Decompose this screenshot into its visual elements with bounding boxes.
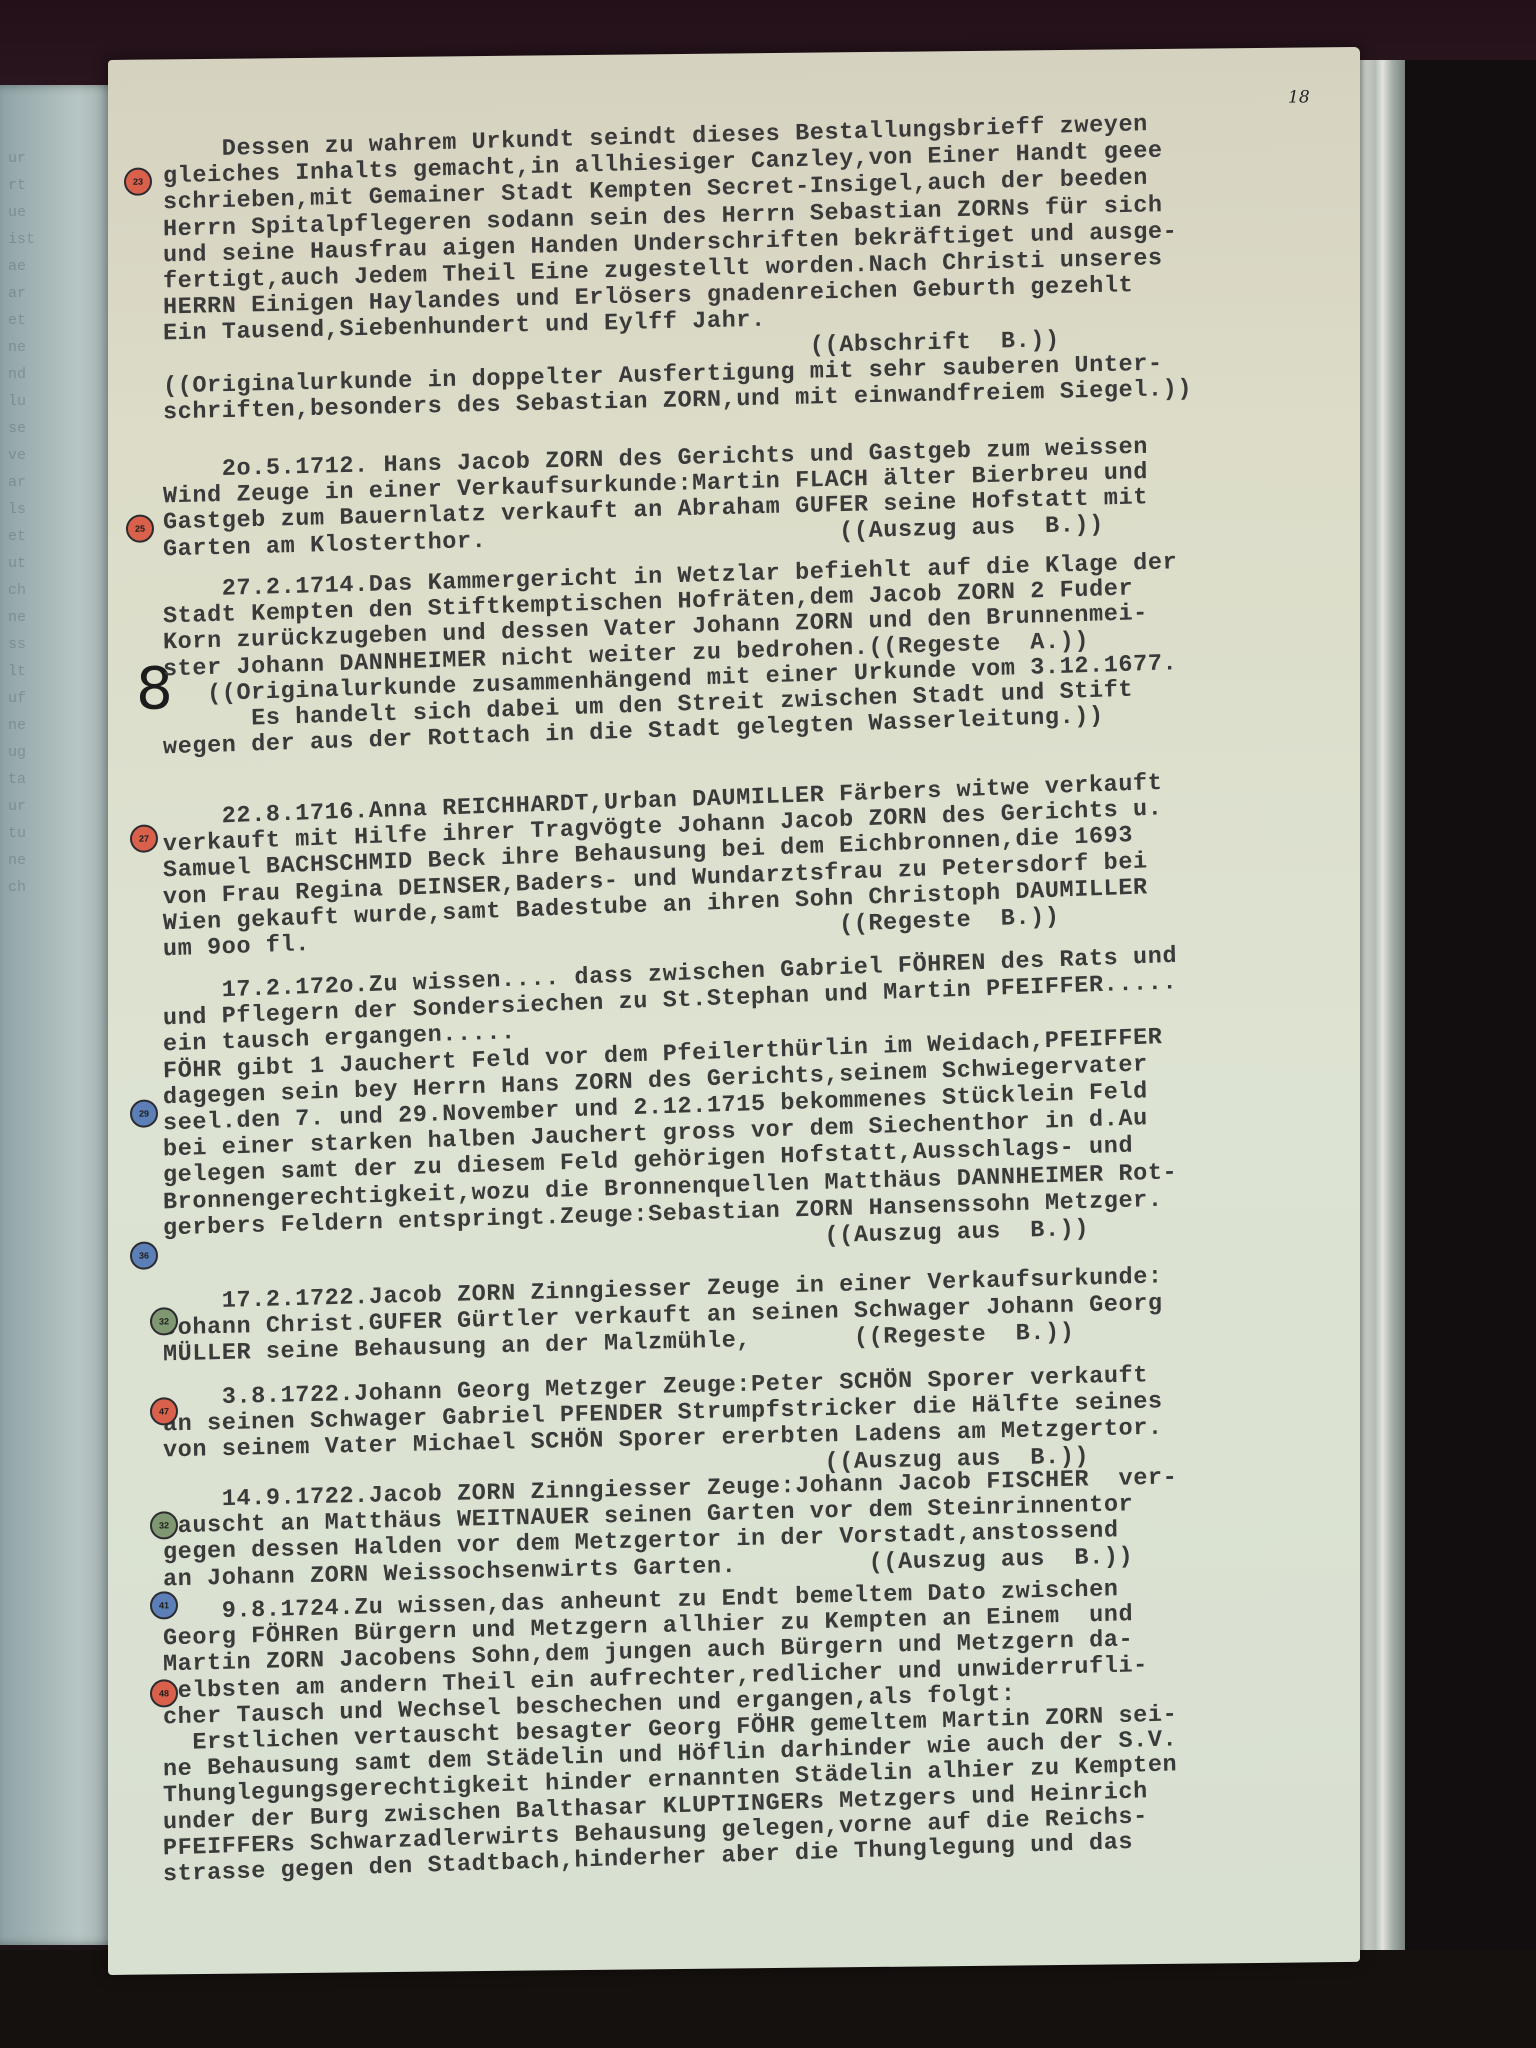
page-stack-edge bbox=[1355, 60, 1405, 2010]
typewritten-text: Dessen zu wahrem Urkundt seindt dieses B… bbox=[108, 47, 1360, 1975]
background-right bbox=[1405, 60, 1536, 2048]
margin-marker-red: 23 bbox=[124, 168, 152, 196]
margin-marker-green: 32 bbox=[150, 1511, 178, 1539]
margin-marker-red: 27 bbox=[130, 824, 158, 852]
margin-marker-red: 48 bbox=[150, 1679, 178, 1707]
margin-marker-blue: 36 bbox=[130, 1241, 158, 1269]
margin-marker-red: 25 bbox=[126, 515, 154, 543]
left-page-bleed-text: ur rt ue ist ae ar et ne nd lu se ve ar … bbox=[8, 145, 108, 901]
document-page: 18 8 Dessen zu wahrem Urkundt seindt die… bbox=[108, 47, 1360, 1975]
margin-marker-blue: 29 bbox=[130, 1099, 158, 1127]
margin-marker-red: 47 bbox=[150, 1397, 178, 1425]
margin-marker-blue: 41 bbox=[150, 1591, 178, 1619]
margin-marker-green: 32 bbox=[150, 1307, 178, 1335]
